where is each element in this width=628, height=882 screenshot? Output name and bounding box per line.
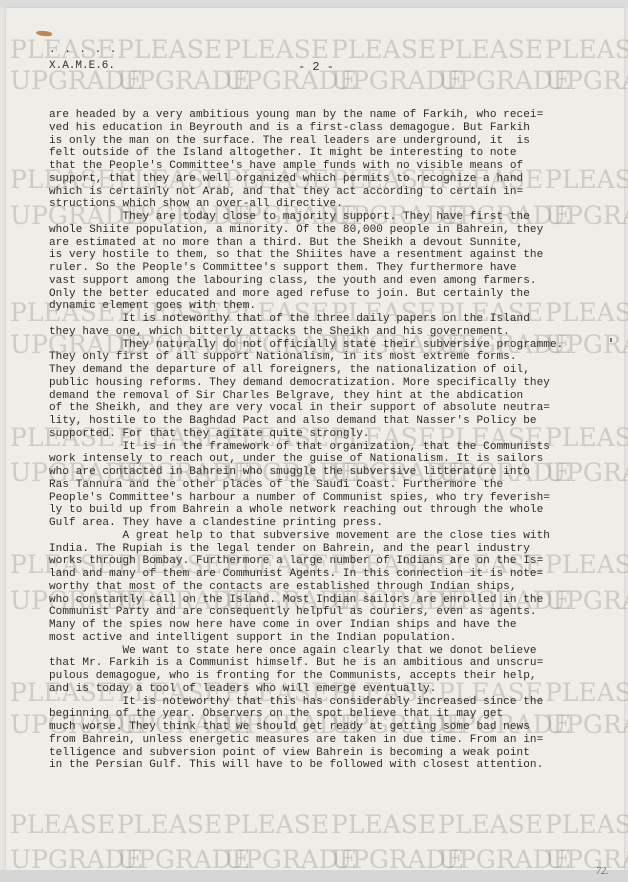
text-line: that Mr. Farkih is a Communist himself. …	[49, 657, 619, 670]
text-line: vast support among the labouring class, …	[49, 275, 619, 288]
text-line: are headed by a very ambitious young man…	[49, 109, 619, 122]
text-line: Only the better educated and more aged r…	[49, 288, 619, 301]
text-line: who are contacted in Bahrein who smuggle…	[49, 466, 619, 479]
header-dots: . . . . .	[49, 44, 117, 56]
text-line: work intensely to reach out, under the g…	[49, 453, 619, 466]
scan-bottom-edge	[0, 870, 628, 882]
text-line: Gulf area. They have a clandestine print…	[49, 517, 619, 530]
text-line: they have one, which bitterly attacks th…	[49, 326, 619, 339]
text-line: land and many of them are Communist Agen…	[49, 568, 619, 581]
page-number: - 2 -	[298, 60, 334, 74]
document-body: are headed by a very ambitious young man…	[49, 109, 619, 772]
text-line: They naturally do not officially state t…	[49, 339, 619, 352]
text-line: from Bahrein, unless energetic measures …	[49, 734, 619, 747]
text-line: It is noteworthy that of the three daily…	[49, 313, 619, 326]
text-line: are estimated at no more than a third. B…	[49, 237, 619, 250]
text-line: that the People's Committee's have ample…	[49, 160, 619, 173]
folio-mark: 72.	[596, 866, 609, 877]
text-line: demand the removal of Sir Charles Belgra…	[49, 390, 619, 403]
text-line: lity, hostile to the Baghdad Pact and al…	[49, 415, 619, 428]
text-line: dynamic element goes with them.	[49, 300, 619, 313]
text-line: is only the man on the surface. The real…	[49, 135, 619, 148]
text-line: It is noteworthy that this has considera…	[49, 696, 619, 709]
text-line: It is in the framework of that organizat…	[49, 441, 619, 454]
scan-top-edge	[0, 0, 628, 8]
text-line: worthy that most of the contacts are est…	[49, 581, 619, 594]
text-line: of the Sheikh, and they are very vocal i…	[49, 402, 619, 415]
text-line: pulous demagogue, who is fronting for th…	[49, 670, 619, 683]
text-line: They only first of all support Nationali…	[49, 351, 619, 364]
text-line: They demand the departure of all foreign…	[49, 364, 619, 377]
margin-mark	[610, 338, 612, 342]
text-line: ly to build up from Bahrein a whole netw…	[49, 504, 619, 517]
text-line: India. The Rupiah is the legal tender on…	[49, 543, 619, 556]
text-line: Communist Party and are consequently hel…	[49, 606, 619, 619]
text-line: felt outside of the Island altogether. I…	[49, 147, 619, 160]
text-line: telligence and subversion point of view …	[49, 747, 619, 760]
text-line: and is today a tool of leaders who will …	[49, 683, 619, 696]
text-line: We want to state here once again clearly…	[49, 645, 619, 658]
text-line: support, that they are well organized wh…	[49, 173, 619, 186]
text-line: People's Committee's harbour a number of…	[49, 492, 619, 505]
text-line: which is certainly not Arab, and that th…	[49, 186, 619, 199]
text-line: much worse. They think that we should ge…	[49, 721, 619, 734]
text-line: whole Shiite population, a minority. Of …	[49, 224, 619, 237]
text-line: structions which show an over-all direct…	[49, 198, 619, 211]
text-line: A great help to that subversive movement…	[49, 530, 619, 543]
document-reference: X.A.M.E.6.	[49, 60, 115, 72]
text-line: They are today close to majority support…	[49, 211, 619, 224]
text-line: ruler. So the People's Committee's suppo…	[49, 262, 619, 275]
text-line: public housing reforms. They demand demo…	[49, 377, 619, 390]
text-line: is very hostile to them, so that the Shi…	[49, 249, 619, 262]
text-line: ved his education in Beyrouth and is a f…	[49, 122, 619, 135]
text-line: beginning of the year. Observers on the …	[49, 708, 619, 721]
text-line: supported. For that they agitate quite s…	[49, 428, 619, 441]
text-line: works through Bombay. Furthermore a larg…	[49, 555, 619, 568]
text-line: most active and intelligent support in t…	[49, 632, 619, 645]
text-line: Many of the spies now here have come in …	[49, 619, 619, 632]
text-line: who constantly call on the Island. Most …	[49, 594, 619, 607]
text-line: in the Persian Gulf. This will have to b…	[49, 759, 619, 772]
text-line: Ras Tannura and the other places of the …	[49, 479, 619, 492]
